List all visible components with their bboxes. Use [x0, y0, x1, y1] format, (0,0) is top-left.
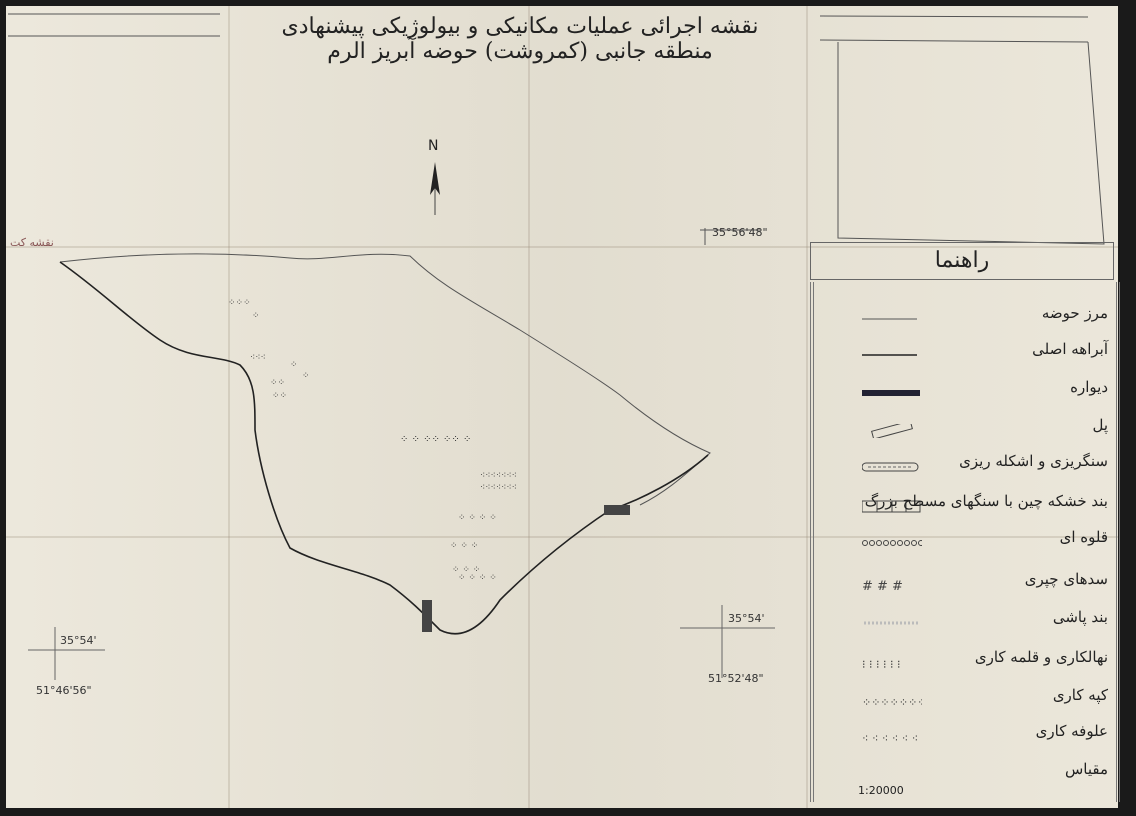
thin-line-icon	[862, 312, 922, 326]
legend-item: آبراهه اصلی	[824, 340, 1114, 370]
coord-br-lat: 35°54'	[728, 612, 765, 625]
structure-marks: ⁘⁘⁘ ⁘ ⁖⁖⁖ ⁘ ⁘ ⁘⁘ ⁘⁘ ⁘ ⁘ ⁘⁘ ⁘⁘ ⁘ ⁖⁖⁖⁖⁖⁖⁖ …	[228, 298, 630, 632]
svg-text:⁘ ⁘ ⁘ ⁘: ⁘ ⁘ ⁘ ⁘	[458, 513, 497, 523]
faint-dots-icon	[862, 616, 922, 630]
dense-dots-icon: ⁘⁘⁘⁘⁘⁘⁘	[862, 694, 922, 708]
legend-item: ⁝ ⁝ ⁝ ⁝ ⁝ ⁝ نهالکاری و قلمه کاری	[824, 648, 1114, 678]
svg-text:⁘: ⁘	[252, 311, 260, 321]
svg-text:⁘⁘: ⁘⁘	[270, 378, 285, 388]
svg-text:⁖⁖⁖⁖⁖⁖⁖: ⁖⁖⁖⁖⁖⁖⁖	[480, 483, 517, 493]
legend-item: دیواره	[824, 378, 1114, 408]
legend-panel: راهنما مرز حوضه آبراهه اصلی دیواره پل سن…	[810, 242, 1120, 816]
svg-text:⁖ ⁖ ⁖ ⁖ ⁖ ⁖: ⁖ ⁖ ⁖ ⁖ ⁖ ⁖	[862, 732, 918, 744]
coord-br-lon: 51°52'48"	[708, 672, 764, 685]
svg-text:⁘: ⁘	[290, 360, 298, 370]
scale-value: 1:20000	[858, 784, 904, 797]
legend-title: راهنما	[810, 242, 1114, 280]
sparse-dots-icon: ⁖ ⁖ ⁖ ⁖ ⁖ ⁖	[862, 730, 922, 744]
scale-label: مقیاس	[1065, 760, 1108, 778]
map-title: نقشه اجرائی عملیات مکانیکی و بیولوژیکی پ…	[250, 14, 790, 64]
legend-item: بند خشکه چین با سنگهای مسطح بزرگ	[824, 492, 1114, 522]
legend-item: ⁖ ⁖ ⁖ ⁖ ⁖ ⁖ علوفه کاری	[824, 722, 1114, 752]
svg-text:⁘: ⁘	[302, 371, 310, 381]
corner-note: نقشه کت	[10, 236, 54, 249]
legend-item: ⁘⁘⁘⁘⁘⁘⁘ کپه کاری	[824, 686, 1114, 716]
svg-text:⁘⁘: ⁘⁘	[272, 391, 287, 401]
coord-bl-lat: 35°54'	[60, 634, 97, 647]
svg-text:⁖⁖⁖: ⁖⁖⁖	[250, 353, 266, 363]
basin-boundary	[60, 254, 710, 505]
svg-text:⁘ ⁘ ⁘ ⁘: ⁘ ⁘ ⁘ ⁘	[458, 573, 497, 583]
legend-item: پل	[824, 416, 1114, 446]
coord-bl-lon: 51°46'56"	[36, 684, 92, 697]
circle-chain-icon	[862, 536, 922, 550]
legend-item: قلوه ای	[824, 528, 1114, 558]
hash-marks-icon: # # #	[862, 578, 922, 592]
svg-text:⁘ ⁘ ⁘: ⁘ ⁘ ⁘	[450, 541, 478, 551]
stone-chain-icon	[862, 460, 922, 474]
legend-item: بند پاشی	[824, 608, 1114, 638]
svg-text:# # #: # # #	[862, 579, 903, 592]
legend-item: سنگریزی و اشکله ریزی	[824, 452, 1114, 482]
svg-text:⁖⁖⁖⁖⁖⁖⁖: ⁖⁖⁖⁖⁖⁖⁖	[480, 471, 517, 481]
legend-item: # # # سدهای چپری	[824, 570, 1114, 600]
coord-top: 35°56'48"	[712, 226, 768, 239]
svg-text:⁘⁘⁘: ⁘⁘⁘	[228, 298, 251, 308]
legend-box: مرز حوضه آبراهه اصلی دیواره پل سنگریزی و…	[810, 282, 1120, 802]
north-label: N	[428, 138, 438, 154]
thick-line-icon	[862, 386, 922, 400]
medium-line-icon	[862, 348, 922, 362]
seedlings-icon: ⁝ ⁝ ⁝ ⁝ ⁝ ⁝	[862, 656, 922, 670]
svg-text:⁘⁘⁘⁘⁘⁘⁘: ⁘⁘⁘⁘⁘⁘⁘	[862, 696, 922, 708]
bridge-icon	[862, 424, 922, 438]
legend-item: مرز حوضه	[824, 304, 1114, 334]
main-stream	[60, 262, 708, 634]
svg-text:⁘ ⁘ ⁘⁘ ⁘⁘ ⁘: ⁘ ⁘ ⁘⁘ ⁘⁘ ⁘	[400, 434, 471, 445]
svg-text:⁝ ⁝ ⁝ ⁝ ⁝ ⁝: ⁝ ⁝ ⁝ ⁝ ⁝ ⁝	[862, 658, 900, 670]
